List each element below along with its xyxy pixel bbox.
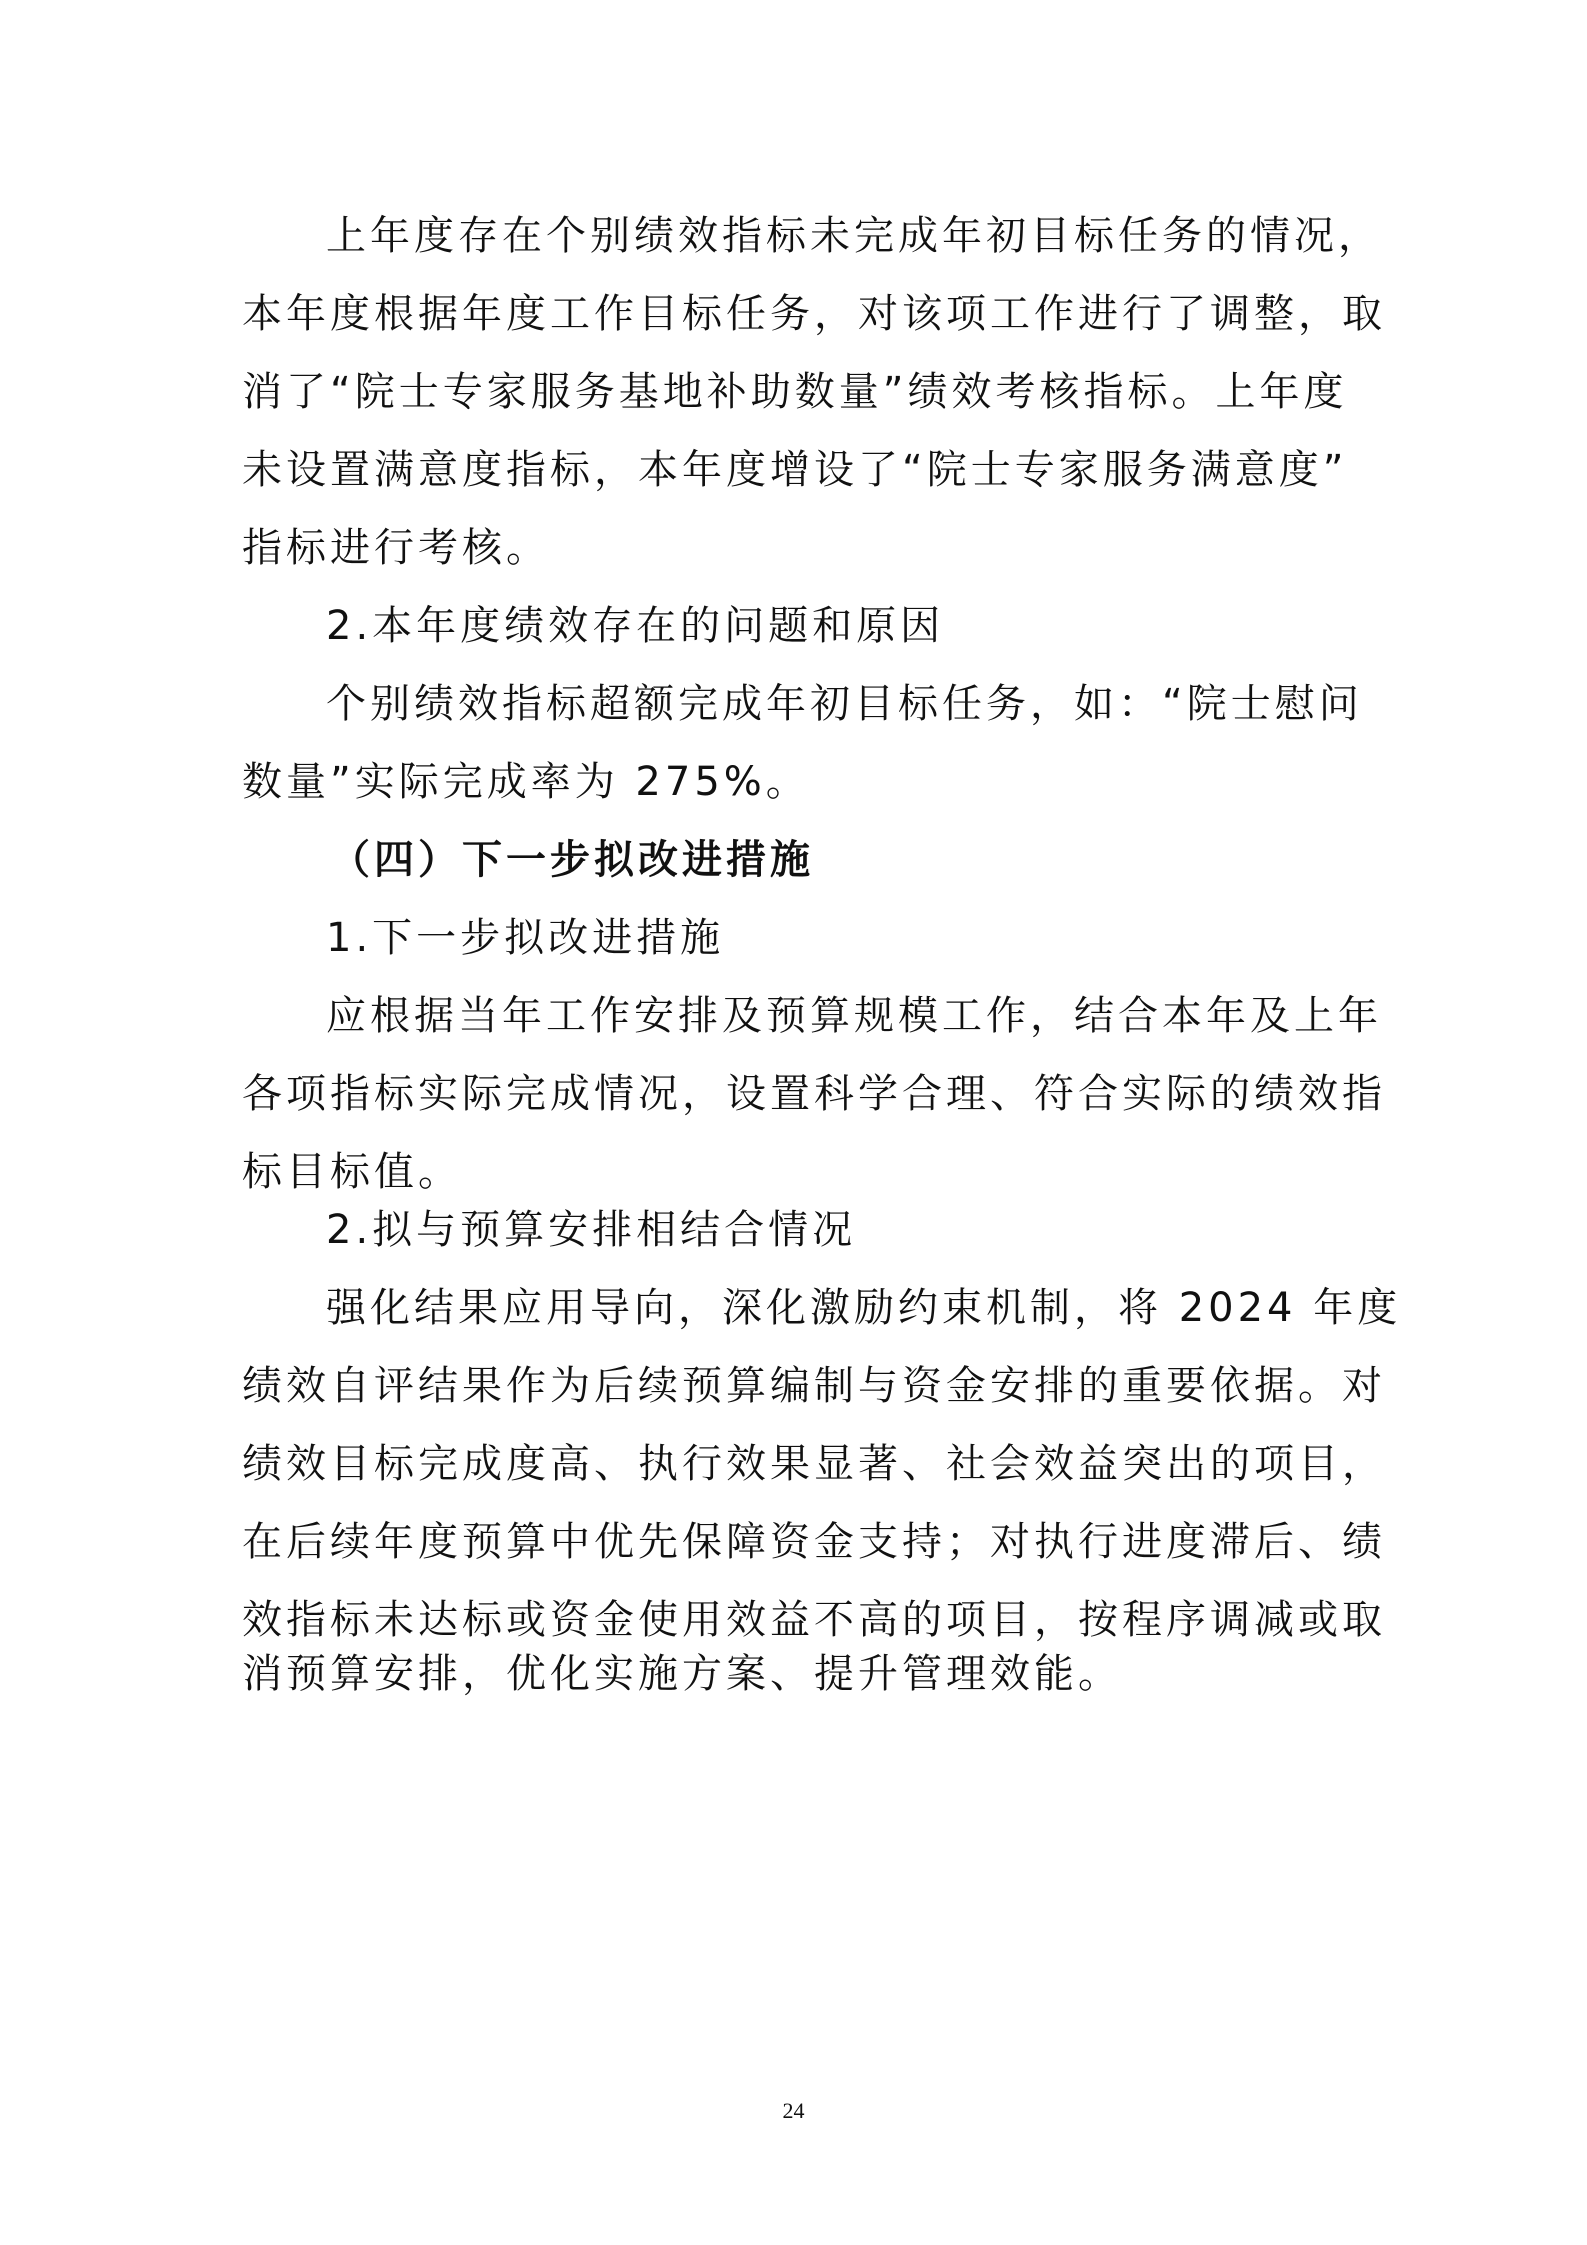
paragraph-line: 强化结果应用导向，深化激励约束机制，将 2024 年度 [326,1284,1446,1332]
subheading: 1.下一步拟改进措施 [326,914,1446,962]
paragraph-line: 绩效自评结果作为后续预算编制与资金安排的重要依据。对 [242,1362,1362,1410]
paragraph-line: 消预算安排，优化实施方案、提升管理效能。 [242,1650,1362,1698]
subheading: 2.本年度绩效存在的问题和原因 [326,602,1446,650]
document-page: 上年度存在个别绩效指标未完成年初目标任务的情况， 本年度根据年度工作目标任务，对… [0,0,1587,2245]
subheading: 2.拟与预算安排相结合情况 [326,1206,1446,1254]
paragraph-line: 各项指标实际完成情况，设置科学合理、符合实际的绩效指 [242,1070,1362,1118]
paragraph-line: 指标进行考核。 [242,524,1362,572]
paragraph-line: 本年度根据年度工作目标任务，对该项工作进行了调整，取 [242,290,1362,338]
page-number: 24 [0,2098,1587,2124]
paragraph-line: 未设置满意度指标，本年度增设了“院士专家服务满意度” [242,446,1362,494]
paragraph-line: 效指标未达标或资金使用效益不高的项目，按程序调减或取 [242,1596,1362,1644]
paragraph-line: 应根据当年工作安排及预算规模工作，结合本年及上年 [326,992,1446,1040]
section-heading: （四）下一步拟改进措施 [330,836,1450,884]
paragraph-line: 绩效目标完成度高、执行效果显著、社会效益突出的项目， [242,1440,1362,1488]
paragraph-line: 在后续年度预算中优先保障资金支持；对执行进度滞后、绩 [242,1518,1362,1566]
paragraph-line: 消了“院士专家服务基地补助数量”绩效考核指标。上年度 [242,368,1362,416]
paragraph-line: 标目标值。 [242,1148,1362,1196]
paragraph-line: 个别绩效指标超额完成年初目标任务，如：“院士慰问 [326,680,1446,728]
paragraph-line: 数量”实际完成率为 275%。 [242,758,1362,806]
paragraph-line: 上年度存在个别绩效指标未完成年初目标任务的情况， [326,212,1446,260]
